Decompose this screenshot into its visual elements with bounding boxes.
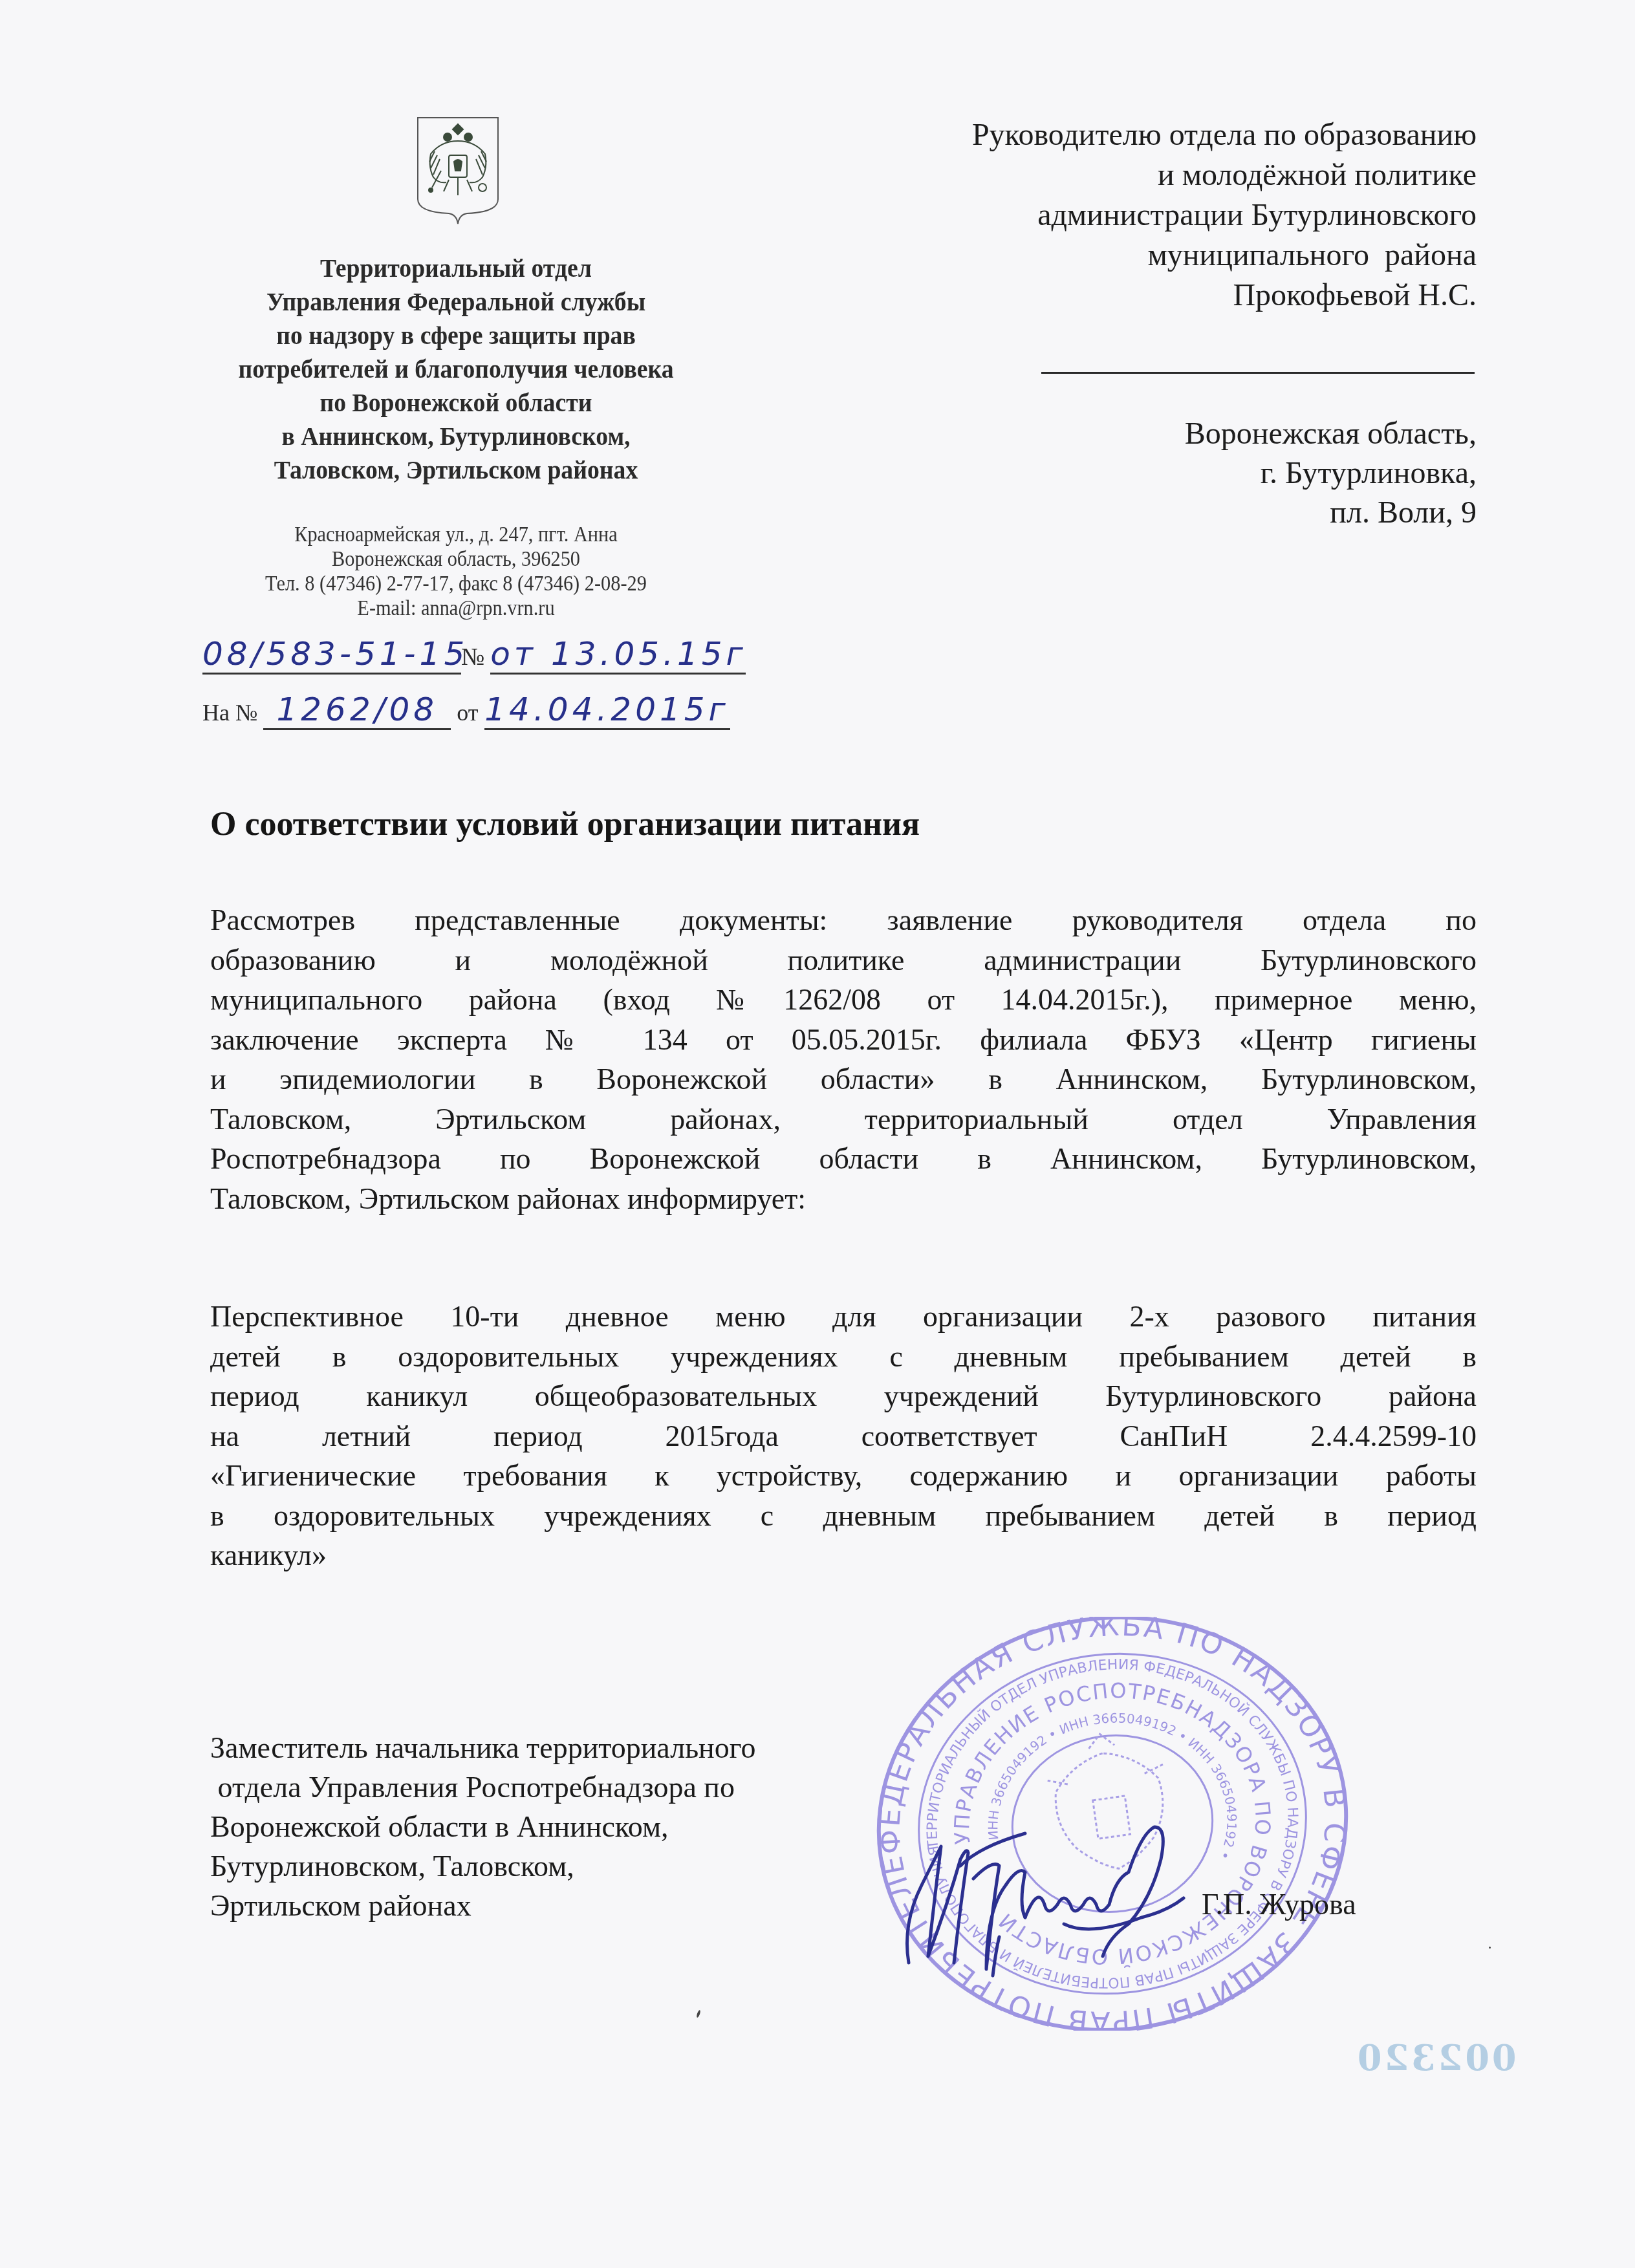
outgoing-date: от 13.05.15г [490,635,746,675]
organization-name: Территориальный отдел Управления Федерал… [191,251,721,486]
org-line: по Воронежской области [191,385,721,419]
address-line: Воронежская область, [1185,414,1477,453]
contact-region: Воронежская область, 396250 [191,547,721,572]
contact-phone: Тел. 8 (47346) 2-77-17, факс 8 (47346) 2… [191,572,721,596]
paragraph-line: период каникул общеобразовательных учреж… [210,1376,1477,1416]
signer-position-line: отдела Управления Роспотребнадзора по [210,1767,755,1807]
signer-name: Г.П. Журова [1202,1887,1356,1921]
addressee-address: Воронежская область, г. Бутурлиновка, пл… [1185,414,1477,532]
serial-number: 002320 [1355,2037,1516,2079]
contact-address: Красноармейская ул., д. 247, пгт. Анна [191,523,721,547]
in-reply-date: 14.04.2015г [484,691,730,730]
org-line: в Аннинском, Бутурлиновском, [191,419,721,453]
paragraph-line: заключение эксперта № 134 от 05.05.2015г… [210,1020,1477,1060]
in-reply-number: 1262/08 [263,691,451,730]
paragraph-line: «Гигиенические требования к устройству, … [210,1456,1477,1496]
document-title: О соответствии условий организации питан… [210,805,920,843]
paragraph-line: Таловском, Эртильском районах, территори… [210,1099,1477,1139]
addressee-line: и молодёжной политике [972,155,1477,195]
addressee-line: Руководителю отдела по образованию [972,115,1477,155]
in-reply-registration: На № 1262/08 от 14.04.2015г [202,691,730,730]
paragraph-line: и эпидемиологии в Воронежской области» в… [210,1059,1477,1099]
paragraph-line: Перспективное 10-ти дневное меню для орг… [210,1297,1477,1337]
signer-position-line: Бутурлиновском, Таловском, [210,1846,755,1886]
org-line: потребителей и благополучия человека [191,352,721,385]
handwritten-signature [896,1808,1193,1995]
addressee-line: администрации Бутурлиновского [972,195,1477,235]
addressee-line: муниципального района [972,235,1477,275]
org-line: Территориальный отдел [191,251,721,285]
paragraph-line: каникул» [210,1535,1477,1575]
paragraph-line: Роспотребнадзора по Воронежской области … [210,1139,1477,1179]
body-paragraph: Рассмотрев представленные документы: зая… [210,900,1477,1218]
addressee-name: Прокофьевой Н.С. [972,275,1477,316]
paragraph-line: муниципального района (вход №1262/08 от … [210,980,1477,1020]
addressee-divider [1041,372,1475,374]
paragraph-line: на летний период 2015года соответствует … [210,1416,1477,1456]
org-line: по надзору в сфере защиты прав [191,318,721,352]
date-label: от [457,700,478,726]
body-paragraph: Перспективное 10-ти дневное меню для орг… [210,1297,1477,1575]
in-reply-label: На № [202,700,257,726]
signer-position-line: Воронежской области в Аннинском, [210,1807,755,1846]
number-sign: № [461,643,484,671]
addressee: Руководителю отдела по образованию и мол… [972,115,1477,316]
org-line: Таловском, Эртильском районах [191,453,721,486]
paragraph-line: Таловском, Эртильском районах информируе… [210,1179,1477,1219]
address-line: пл. Воли, 9 [1185,493,1477,532]
org-line: Управления Федеральной службы [191,285,721,318]
contact-email: E-mail: anna@rpn.vrn.ru [191,596,721,621]
outgoing-registration: 08/583-51-15№ от 13.05.15г [202,635,746,675]
organization-contacts: Красноармейская ул., д. 247, пгт. Анна В… [191,523,721,621]
signer-position-line: Заместитель начальника территориального [210,1728,755,1767]
signer-position: Заместитель начальника территориального … [210,1728,755,1925]
outgoing-number: 08/583-51-15 [202,635,461,675]
paragraph-line: образованию и молодёжной политике админи… [210,940,1477,980]
signer-position-line: Эртильском районах [210,1886,755,1925]
paragraph-line: в оздоровительных учреждениях с дневным … [210,1496,1477,1536]
address-line: г. Бутурлиновка, [1185,453,1477,493]
russian-coat-of-arms-icon [415,115,501,225]
paragraph-line: Рассмотрев представленные документы: зая… [210,900,1477,940]
paragraph-line: детей в оздоровительных учреждениях с дн… [210,1337,1477,1377]
